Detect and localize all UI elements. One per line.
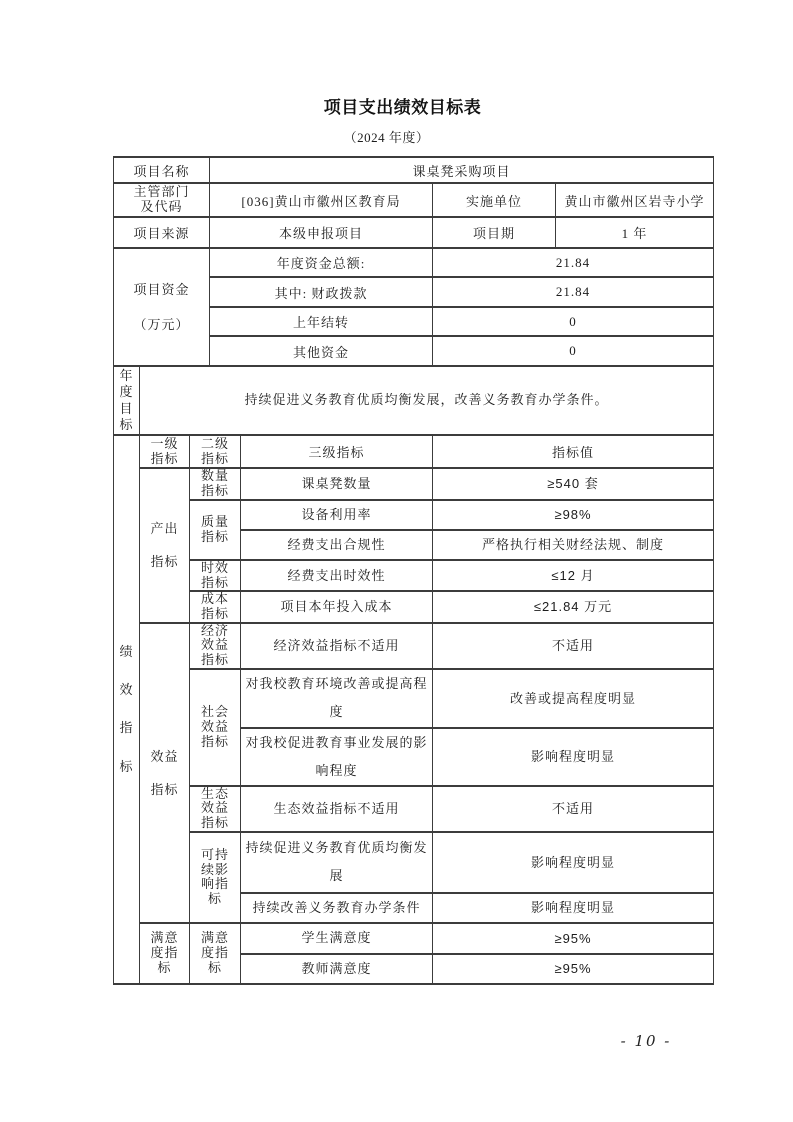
value-desk-quantity: ≥540 套 [433,468,714,500]
impl-unit-value: 黄山市徽州区岩寺小学 [556,183,714,217]
metric-economic-na: 经济效益指标不适用 [241,623,433,669]
subgroup-satisfaction-label: 满意 度指 标 [190,923,241,984]
group-output-label: 产出 指标 [140,468,190,623]
table-row: 年 度 目 标 持续促进义务教育优质均衡发展，改善义务教育办学条件。 [114,366,714,435]
metric-balanced-development: 持续促进义务教育优质均衡发展 [241,832,433,893]
performance-indicator-side-label: 绩 效 指 标 [114,435,140,984]
subgroup-economic-label: 经济 效益 指标 [190,623,241,669]
funds-other-label: 其他资金 [210,336,433,366]
value-ecological-na: 不适用 [433,786,714,832]
funds-total-value: 21.84 [433,248,714,277]
value-utilization: ≥98% [433,500,714,530]
value-spend-compliance: 严格执行相关财经法规、制度 [433,530,714,560]
metric-spend-timeliness: 经费支出时效性 [241,560,433,591]
subgroup-quality-label: 质量 指标 [190,500,241,560]
table-row: 项目来源 本级申报项目 项目期 1 年 [114,217,714,248]
table-row: 可持 续影 响指 标 持续促进义务教育优质均衡发展 影响程度明显 [114,832,714,893]
table-row: 质量 指标 设备利用率 ≥98% [114,500,714,530]
funds-fiscal-value: 21.84 [433,277,714,307]
performance-target-table: 项目名称 课桌凳采购项目 主管部门 及代码 [036]黄山市徽州区教育局 实施单… [113,156,714,985]
value-teacher-satisfaction: ≥95% [433,954,714,984]
page-number: - 10 - [616,1032,676,1050]
table-row: 生态 效益 指标 生态效益指标不适用 不适用 [114,786,714,832]
subgroup-sustainability-label: 可持 续影 响指 标 [190,832,241,923]
subgroup-social-label: 社会 效益 指标 [190,669,241,786]
group-benefit-label: 效益 指标 [140,623,190,923]
metric-edu-development: 对我校促进教育事业发展的影响程度 [241,728,433,786]
metric-desk-quantity: 课桌凳数量 [241,468,433,500]
metric-student-satisfaction: 学生满意度 [241,923,433,954]
metric-spend-compliance: 经费支出合规性 [241,530,433,560]
metric-utilization: 设备利用率 [241,500,433,530]
funds-carryover-value: 0 [433,307,714,336]
document-page: 项目支出绩效目标表 （2024 年度） 项目名称 课桌凳采购项目 主管部门 及代… [0,0,793,1122]
annual-goal-label: 年 度 目 标 [114,366,140,435]
funds-label: 项目资金 （万元） [114,248,210,366]
value-spend-timeliness: ≤12 月 [433,560,714,591]
project-name-value: 课桌凳采购项目 [210,157,714,183]
table-row: 成本 指标 项目本年投入成本 ≤21.84 万元 [114,591,714,622]
value-economic-na: 不适用 [433,623,714,669]
annual-goal-text: 持续促进义务教育优质均衡发展，改善义务教育办学条件。 [140,366,714,435]
header-level1: 一级 指标 [140,435,190,468]
funds-other-value: 0 [433,336,714,366]
table-row: 绩 效 指 标 一级 指标 二级 指标 三级指标 指标值 [114,435,714,468]
project-name-label: 项目名称 [114,157,210,183]
table-row: 社会 效益 指标 对我校教育环境改善或提高程度 改善或提高程度明显 [114,669,714,728]
project-period-label: 项目期 [433,217,556,248]
table-row: 产出 指标 数量 指标 课桌凳数量 ≥540 套 [114,468,714,500]
table-row: 效益 指标 经济 效益 指标 经济效益指标不适用 不适用 [114,623,714,669]
impl-unit-label: 实施单位 [433,183,556,217]
value-env-improvement: 改善或提高程度明显 [433,669,714,728]
page-title: 项目支出绩效目标表 [0,93,793,118]
header-level2: 二级 指标 [190,435,241,468]
table-row: 满意 度指 标 满意 度指 标 学生满意度 ≥95% [114,923,714,954]
value-balanced-development: 影响程度明显 [433,832,714,893]
metric-ecological-na: 生态效益指标不适用 [241,786,433,832]
value-student-satisfaction: ≥95% [433,923,714,954]
table-row: 项目资金 （万元） 年度资金总额: 21.84 [114,248,714,277]
header-level3: 三级指标 [241,435,433,468]
table-row: 时效 指标 经费支出时效性 ≤12 月 [114,560,714,591]
subgroup-quantity-label: 数量 指标 [190,468,241,500]
table-row: 项目名称 课桌凳采购项目 [114,157,714,183]
metric-teacher-satisfaction: 教师满意度 [241,954,433,984]
project-source-value: 本级申报项目 [210,217,433,248]
subgroup-cost-label: 成本 指标 [190,591,241,622]
metric-annual-cost: 项目本年投入成本 [241,591,433,622]
subgroup-ecological-label: 生态 效益 指标 [190,786,241,832]
value-annual-cost: ≤21.84 万元 [433,591,714,622]
header-value: 指标值 [433,435,714,468]
table-row: 主管部门 及代码 [036]黄山市徽州区教育局 实施单位 黄山市徽州区岩寺小学 [114,183,714,217]
page-subtitle: （2024 年度） [0,127,793,146]
group-satisfaction-label: 满意 度指 标 [140,923,190,984]
project-source-label: 项目来源 [114,217,210,248]
value-edu-development: 影响程度明显 [433,728,714,786]
metric-school-conditions: 持续改善义务教育办学条件 [241,893,433,923]
metric-env-improvement: 对我校教育环境改善或提高程度 [241,669,433,728]
project-period-value: 1 年 [556,217,714,248]
funds-fiscal-label: 其中: 财政拨款 [210,277,433,307]
dept-code-label: 主管部门 及代码 [114,183,210,217]
funds-total-label: 年度资金总额: [210,248,433,277]
funds-carryover-label: 上年结转 [210,307,433,336]
dept-code-value: [036]黄山市徽州区教育局 [210,183,433,217]
value-school-conditions: 影响程度明显 [433,893,714,923]
subgroup-timeliness-label: 时效 指标 [190,560,241,591]
